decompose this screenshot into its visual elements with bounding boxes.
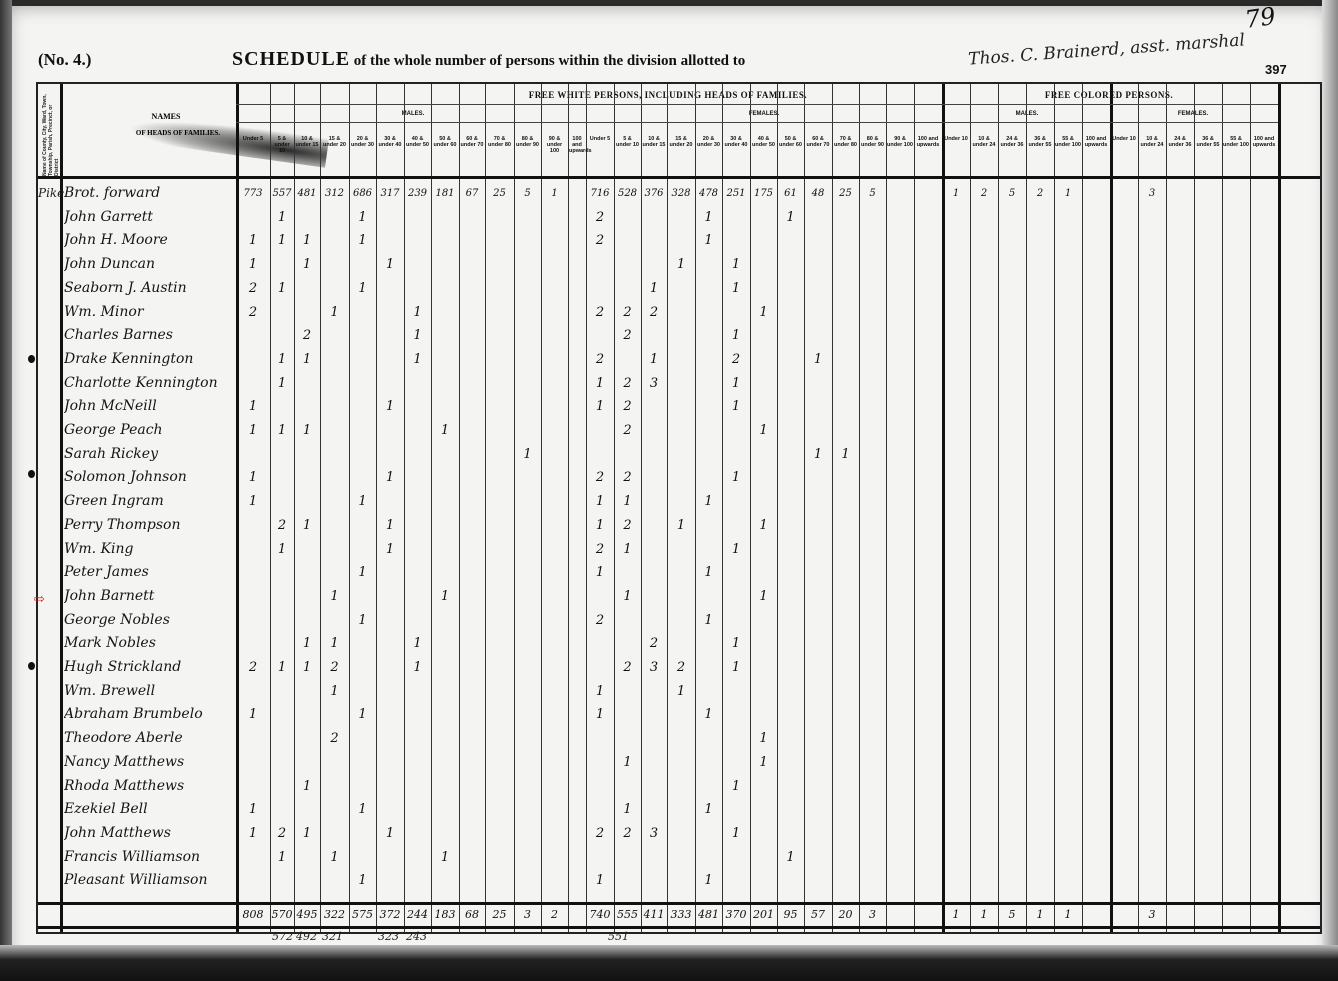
row-rule: [236, 122, 1278, 123]
white-male-cell: 1: [320, 850, 349, 865]
colored-male-cell: 5: [998, 188, 1026, 199]
county-column-label: Name of County, City, Ward, Town, Townsh…: [42, 90, 58, 176]
white-female-cell: 1: [722, 376, 750, 391]
white-male-col-header: 40 & under 50: [405, 136, 430, 148]
white-male-cell: 2: [270, 826, 294, 841]
white-female-cell: 2: [614, 305, 641, 320]
white-female-cell: 2: [586, 305, 614, 320]
total-white-male-cell: 244: [404, 908, 431, 921]
white-female-cell: 1: [695, 873, 722, 888]
table-row: Sarah Rickey111: [38, 445, 1320, 468]
head-of-family-name: Brot. forward: [64, 185, 236, 201]
table-row: Theodore Aberle21: [38, 729, 1320, 752]
white-female-col-header: 5 & under 10: [615, 136, 640, 148]
white-male-cell: 1: [404, 636, 431, 651]
white-male-col-header: 70 & under 80: [486, 136, 513, 148]
total-colored-male-cell: 1: [970, 908, 998, 921]
white-male-cell: 2: [236, 281, 270, 296]
white-male-cell: 1: [404, 352, 431, 367]
head-of-family-name: Perry Thompson: [64, 517, 236, 533]
table-row: George Nobles121: [38, 611, 1320, 634]
white-female-cell: 1: [722, 257, 750, 272]
white-female-cell: 3: [641, 376, 667, 391]
head-of-family-name: Charlotte Kennington: [64, 375, 236, 391]
colored-male-col-header: 10 & under 24: [971, 136, 997, 148]
colored-female-col-header: 10 & under 24: [1139, 136, 1165, 148]
white-male-cell: 2: [320, 731, 349, 746]
white-female-cell: 1: [586, 518, 614, 533]
white-female-cell: 1: [614, 589, 641, 604]
white-persons-header: FREE WHITE PERSONS, INCLUDING HEADS OF F…: [418, 90, 918, 100]
colored-male-col-header: 24 & under 36: [999, 136, 1025, 148]
white-male-cell: 1: [270, 376, 294, 391]
white-female-col-header: 15 & under 20: [668, 136, 694, 148]
head-of-family-name: Mark Nobles: [64, 635, 236, 651]
table-row: Ezekiel Bell1111: [38, 800, 1320, 823]
subtotal-note: 321: [322, 930, 343, 943]
head-of-family-name: Rhoda Matthews: [64, 778, 236, 794]
table-row: Seaborn J. Austin21111: [38, 279, 1320, 302]
white-female-col-header: 10 & under 15: [642, 136, 666, 148]
white-male-cell: 1: [376, 257, 404, 272]
colored-female-col-header: 55 & under 100: [1223, 136, 1249, 148]
total-white-female-cell: 481: [695, 908, 722, 921]
row-marker-arrow-icon: ⇨: [34, 592, 45, 607]
white-female-cell: 2: [667, 660, 695, 675]
table-row: Mark Nobles11121: [38, 634, 1320, 657]
white-female-cell: 1: [750, 518, 777, 533]
white-male-cell: 1: [376, 399, 404, 414]
county-abbrev: Pike: [38, 186, 64, 200]
total-colored-male-cell: 1: [1026, 908, 1054, 921]
colored-male-cell: 1: [942, 188, 970, 199]
white-male-cell: 1: [236, 802, 270, 817]
white-female-cell: 48: [804, 188, 832, 199]
table-row: Hugh Strickland211212321: [38, 658, 1320, 681]
printed-page-number: 397: [1265, 62, 1287, 77]
white-female-col-header: 60 & under 70: [805, 136, 831, 148]
table-row: PikeBrot. forward77355748131268631723918…: [38, 184, 1320, 207]
colored-female-cell: 3: [1138, 188, 1166, 199]
white-female-cell: 376: [641, 188, 667, 199]
white-female-cell: 2: [614, 470, 641, 485]
white-male-cell: 557: [270, 188, 294, 199]
white-male-cell: 1: [349, 565, 376, 580]
form-number: (No. 4.): [38, 50, 91, 70]
white-male-cell: 481: [294, 188, 320, 199]
white-male-cell: 1: [236, 423, 270, 438]
white-female-cell: 2: [586, 826, 614, 841]
binding-hole: [28, 470, 35, 478]
white-female-cell: 328: [667, 188, 695, 199]
colored-female-col-header: 100 and upwards: [1251, 136, 1277, 148]
colored-male-cell: 2: [1026, 188, 1054, 199]
white-male-cell: 1: [270, 233, 294, 248]
white-female-cell: 1: [586, 873, 614, 888]
white-male-cell: 1: [541, 188, 568, 199]
total-colored-male-cell: 1: [942, 908, 970, 921]
white-male-cell: 1: [404, 660, 431, 675]
table-row: Abraham Brumbelo1111: [38, 705, 1320, 728]
white-female-cell: 1: [695, 233, 722, 248]
table-row: Perry Thompson2111211: [38, 516, 1320, 539]
head-of-family-name: John H. Moore: [64, 232, 236, 248]
white-female-cell: 2: [614, 518, 641, 533]
row-rule: [38, 176, 1320, 179]
table-row: Peter James111: [38, 563, 1320, 586]
white-female-cell: 2: [614, 399, 641, 414]
white-female-cell: 61: [777, 188, 804, 199]
white-female-col-header: 70 & under 80: [833, 136, 858, 148]
head-of-family-name: Charles Barnes: [64, 327, 236, 343]
head-of-family-name: Francis Williamson: [64, 849, 236, 865]
white-female-cell: 1: [777, 210, 804, 225]
table-row: John Duncan11111: [38, 255, 1320, 278]
white-female-cell: 1: [586, 684, 614, 699]
white-male-cell: 1: [236, 233, 270, 248]
table-row: George Peach111121: [38, 421, 1320, 444]
table-row: Wm. Brewell111: [38, 682, 1320, 705]
white-female-cell: 2: [614, 660, 641, 675]
white-male-col-header: 90 & under 100: [542, 136, 567, 154]
white-male-cell: 1: [349, 210, 376, 225]
subtotal-note: 243: [406, 930, 427, 943]
colored-female-col-header: 24 & under 36: [1167, 136, 1193, 148]
total-white-female-cell: 3: [859, 908, 886, 921]
white-male-cell: 1: [270, 210, 294, 225]
table-row: Wm. King11211: [38, 540, 1320, 563]
white-female-cell: 1: [695, 565, 722, 580]
colored-females-header: FEMALES.: [1110, 111, 1276, 117]
binding-hole: [28, 662, 35, 670]
head-of-family-name: Green Ingram: [64, 493, 236, 509]
white-male-cell: 1: [376, 470, 404, 485]
white-male-col-header: 15 & under 20: [321, 136, 348, 148]
white-female-cell: 1: [695, 707, 722, 722]
white-female-cell: 1: [722, 542, 750, 557]
totals-row: 8085704953225753722441836825327405554113…: [38, 904, 1320, 927]
white-female-cell: 2: [614, 328, 641, 343]
subtotal-note: 492: [296, 930, 317, 943]
white-male-cell: 317: [376, 188, 404, 199]
names-header: NAMES: [96, 112, 236, 121]
white-female-cell: 2: [641, 636, 667, 651]
white-female-cell: 1: [750, 589, 777, 604]
binding-hole: [28, 355, 35, 363]
head-of-family-name: George Peach: [64, 422, 236, 438]
white-female-cell: 1: [667, 684, 695, 699]
table-row: John McNeill11121: [38, 397, 1320, 420]
white-male-cell: 1: [376, 542, 404, 557]
white-female-cell: 1: [667, 257, 695, 272]
scan-right-edge: [1322, 0, 1338, 981]
white-female-col-header: 80 & under 90: [860, 136, 885, 148]
table-row: Drake Kennington1112121: [38, 350, 1320, 373]
white-female-cell: 1: [695, 613, 722, 628]
white-male-col-header: 80 & under 90: [515, 136, 540, 148]
white-male-cell: 1: [320, 305, 349, 320]
white-female-cell: 1: [804, 447, 832, 462]
head-of-family-name: Sarah Rickey: [64, 446, 236, 462]
white-male-cell: 1: [431, 850, 459, 865]
white-female-col-header: 100 and upwards: [915, 136, 941, 148]
colored-male-col-header: Under 10: [943, 136, 969, 142]
white-female-cell: 1: [695, 494, 722, 509]
white-male-cell: 181: [431, 188, 459, 199]
white-male-cell: 773: [236, 188, 270, 199]
white-male-cell: 1: [404, 328, 431, 343]
white-female-cell: 1: [750, 731, 777, 746]
colored-males-header: MALES.: [944, 111, 1110, 117]
table-row: Rhoda Matthews11: [38, 777, 1320, 800]
names-subheader: OF HEADS OF FAMILIES.: [118, 129, 238, 137]
table-row: Charles Barnes2121: [38, 326, 1320, 349]
white-female-cell: 528: [614, 188, 641, 199]
head-of-family-name: John Duncan: [64, 256, 236, 272]
head-of-family-name: Drake Kennington: [64, 351, 236, 367]
total-white-female-cell: 333: [667, 908, 695, 921]
white-female-cell: 1: [667, 518, 695, 533]
head-of-family-name: Wm. Minor: [64, 304, 236, 320]
white-female-col-header: 50 & under 60: [778, 136, 803, 148]
white-male-cell: 1: [270, 542, 294, 557]
white-female-cell: 1: [586, 399, 614, 414]
total-white-male-cell: 183: [431, 908, 459, 921]
head-of-family-name: Solomon Johnson: [64, 469, 236, 485]
table-row: John H. Moore111121: [38, 231, 1320, 254]
total-white-male-cell: 68: [459, 908, 485, 921]
head-of-family-name: Pleasant Williamson: [64, 872, 236, 888]
head-of-family-name: Hugh Strickland: [64, 659, 236, 675]
white-male-cell: 1: [236, 399, 270, 414]
white-male-cell: 1: [270, 281, 294, 296]
white-male-col-header: 5 & under 10: [271, 136, 293, 154]
white-male-cell: 1: [294, 352, 320, 367]
subtotal-note: 551: [608, 930, 629, 943]
white-female-cell: 5: [859, 188, 886, 199]
white-female-cell: 1: [804, 352, 832, 367]
white-female-cell: 25: [832, 188, 859, 199]
head-of-family-name: John McNeill: [64, 398, 236, 414]
head-of-family-name: George Nobles: [64, 612, 236, 628]
white-male-cell: 239: [404, 188, 431, 199]
white-male-cell: 2: [294, 328, 320, 343]
white-female-cell: 1: [722, 660, 750, 675]
white-female-cell: 1: [722, 636, 750, 651]
total-white-female-cell: 740: [586, 908, 614, 921]
colored-male-col-header: 100 and upwards: [1083, 136, 1109, 148]
table-row: Wm. Minor2112221: [38, 303, 1320, 326]
white-female-col-header: Under 5: [587, 136, 613, 142]
total-white-male-cell: 808: [236, 908, 270, 921]
white-male-col-header: 100 and upwards: [569, 136, 585, 154]
white-male-cell: 1: [404, 305, 431, 320]
white-male-col-header: 20 & under 30: [350, 136, 375, 148]
table-row: Charlotte Kennington11231: [38, 374, 1320, 397]
white-female-col-header: 20 & under 30: [696, 136, 721, 148]
white-male-cell: 1: [349, 707, 376, 722]
total-white-male-cell: 372: [376, 908, 404, 921]
head-of-family-name: John Garrett: [64, 209, 236, 225]
head-of-family-name: Abraham Brumbelo: [64, 706, 236, 722]
white-male-col-header: 60 & under 70: [460, 136, 484, 148]
total-white-female-cell: 95: [777, 908, 804, 921]
title-rest: of the whole number of persons within th…: [354, 53, 745, 69]
scan-left-edge: [0, 0, 12, 981]
white-male-cell: 1: [294, 826, 320, 841]
white-female-cell: 2: [614, 423, 641, 438]
white-male-cell: 1: [349, 281, 376, 296]
white-male-cell: 1: [320, 636, 349, 651]
white-female-cell: 251: [722, 188, 750, 199]
white-female-cell: 1: [586, 707, 614, 722]
white-male-cell: 25: [485, 188, 514, 199]
white-female-cell: 1: [641, 352, 667, 367]
table-row: Pleasant Williamson111: [38, 871, 1320, 894]
total-colored-male-cell: 5: [998, 908, 1026, 921]
total-white-female-cell: 555: [614, 908, 641, 921]
white-male-cell: 1: [431, 589, 459, 604]
white-male-cell: 1: [294, 233, 320, 248]
white-male-cell: 1: [236, 707, 270, 722]
white-male-cell: 1: [236, 494, 270, 509]
white-females-header: FEMALES.: [586, 111, 942, 117]
total-colored-male-cell: 1: [1054, 908, 1082, 921]
colored-male-cell: 2: [970, 188, 998, 199]
white-male-cell: 1: [431, 423, 459, 438]
white-female-cell: 1: [750, 423, 777, 438]
white-male-cell: 1: [349, 494, 376, 509]
white-male-cell: 1: [236, 826, 270, 841]
white-male-cell: 1: [320, 684, 349, 699]
white-female-cell: 2: [722, 352, 750, 367]
white-male-cell: 1: [270, 850, 294, 865]
white-male-cell: 1: [270, 352, 294, 367]
white-female-cell: 2: [586, 542, 614, 557]
head-of-family-name: Theodore Aberle: [64, 730, 236, 746]
white-female-cell: 2: [614, 826, 641, 841]
total-white-female-cell: 370: [722, 908, 750, 921]
white-male-cell: 1: [349, 802, 376, 817]
white-male-cell: 686: [349, 188, 376, 199]
white-female-cell: 1: [722, 281, 750, 296]
colored-male-col-header: 36 & under 55: [1027, 136, 1053, 148]
white-female-cell: 1: [695, 802, 722, 817]
white-male-cell: 1: [320, 589, 349, 604]
white-male-cell: 1: [236, 470, 270, 485]
head-of-family-name: John Matthews: [64, 825, 236, 841]
total-white-male-cell: 322: [320, 908, 349, 921]
total-white-male-cell: 575: [349, 908, 376, 921]
white-male-cell: 1: [294, 518, 320, 533]
head-of-family-name: John Barnett: [64, 588, 236, 604]
white-male-col-header: 30 & under 40: [377, 136, 403, 148]
colored-persons-header: FREE COLORED PERSONS.: [944, 90, 1274, 100]
white-female-cell: 1: [641, 281, 667, 296]
table-row: Green Ingram11111: [38, 492, 1320, 515]
white-female-cell: 2: [586, 233, 614, 248]
total-white-male-cell: 570: [270, 908, 294, 921]
colored-female-col-header: 36 & under 55: [1195, 136, 1221, 148]
white-male-col-header: 10 & under 15: [295, 136, 319, 148]
white-female-cell: 2: [641, 305, 667, 320]
white-female-cell: 2: [586, 210, 614, 225]
white-female-cell: 1: [586, 565, 614, 580]
white-female-cell: 1: [722, 826, 750, 841]
white-male-cell: 2: [236, 660, 270, 675]
white-male-cell: 1: [376, 826, 404, 841]
page-title: SCHEDULE of the whole number of persons …: [232, 48, 745, 71]
table-row: Nancy Matthews11: [38, 753, 1320, 776]
white-male-cell: 1: [376, 518, 404, 533]
subtotal-note: 572: [272, 930, 293, 943]
white-male-cell: 5: [514, 188, 541, 199]
white-male-col-header: Under 5: [237, 136, 269, 142]
head-of-family-name: Peter James: [64, 564, 236, 580]
white-female-cell: 1: [722, 399, 750, 414]
white-male-cell: 1: [294, 257, 320, 272]
head-of-family-name: Ezekiel Bell: [64, 801, 236, 817]
white-female-cell: 3: [641, 826, 667, 841]
white-female-cell: 3: [641, 660, 667, 675]
white-male-cell: 1: [514, 447, 541, 462]
white-female-cell: 1: [586, 494, 614, 509]
white-female-cell: 1: [695, 210, 722, 225]
white-female-cell: 1: [722, 470, 750, 485]
white-female-cell: 1: [586, 376, 614, 391]
white-female-cell: 2: [586, 352, 614, 367]
head-of-family-name: Wm. Brewell: [64, 683, 236, 699]
white-male-cell: 1: [294, 636, 320, 651]
white-male-cell: 312: [320, 188, 349, 199]
white-males-header: MALES.: [238, 111, 588, 117]
total-white-male-cell: 495: [294, 908, 320, 921]
total-white-female-cell: 57: [804, 908, 832, 921]
white-female-cell: 1: [614, 494, 641, 509]
white-male-cell: 2: [320, 660, 349, 675]
white-female-cell: 478: [695, 188, 722, 199]
total-colored-female-cell: 3: [1138, 908, 1166, 921]
white-female-cell: 1: [750, 305, 777, 320]
scan-bottom-edge: [0, 945, 1338, 981]
white-male-cell: 1: [349, 233, 376, 248]
head-of-family-name: Wm. King: [64, 541, 236, 557]
white-male-cell: 1: [294, 660, 320, 675]
head-of-family-name: Nancy Matthews: [64, 754, 236, 770]
white-female-col-header: 40 & under 50: [751, 136, 776, 148]
white-male-cell: 1: [349, 873, 376, 888]
white-female-col-header: 90 & under 100: [887, 136, 913, 148]
table-row: John Garrett11211: [38, 208, 1320, 231]
white-male-cell: 1: [270, 660, 294, 675]
total-white-female-cell: 201: [750, 908, 777, 921]
white-female-cell: 1: [722, 779, 750, 794]
white-male-cell: 67: [459, 188, 485, 199]
total-white-male-cell: 3: [514, 908, 541, 921]
white-male-cell: 2: [270, 518, 294, 533]
white-female-cell: 1: [614, 542, 641, 557]
colored-male-cell: 1: [1054, 188, 1082, 199]
total-white-female-cell: 20: [832, 908, 859, 921]
table-row: John Barnett1111: [38, 587, 1320, 610]
table-row: John Matthews12112231: [38, 824, 1320, 847]
white-female-cell: 1: [832, 447, 859, 462]
white-male-cell: 1: [349, 613, 376, 628]
white-female-col-header: 30 & under 40: [723, 136, 749, 148]
row-rule: [236, 104, 1278, 105]
handwritten-page-number: 79: [1243, 2, 1277, 34]
white-male-cell: 1: [294, 779, 320, 794]
